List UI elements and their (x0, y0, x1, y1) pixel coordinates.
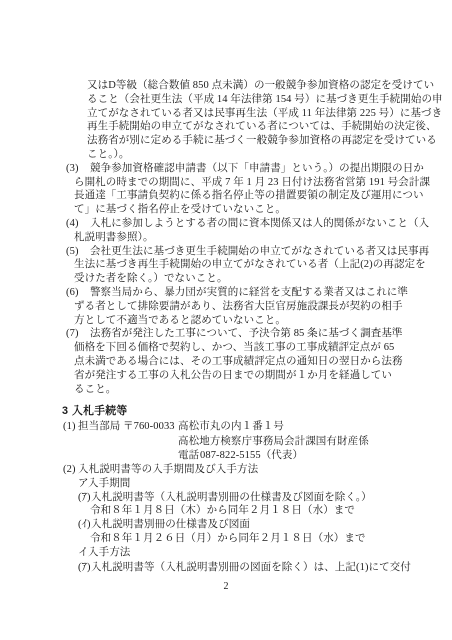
doc-text: 又はD等級（総合数値 850 点未満）の一般競争参加資格の認定を受けてい (87, 79, 434, 92)
doc-text: 電話 (178, 449, 199, 462)
doc-text: 入札説明書等（入札説明書別冊の図面を除く）は、上記(1)にて交付 (91, 561, 411, 574)
doc-text: (6) (66, 286, 79, 299)
doc-text: 入手期間 (88, 477, 130, 490)
doc-text: 高松地方検察庁事務局会計課国有財産係 (178, 435, 369, 448)
doc-text: 警察当局から、暴力団が実質的に経営を支配する業者又はこれに準 (90, 286, 408, 299)
doc-line: ア入手期間 (0, 477, 452, 490)
doc-text: 高松市丸の内１番１号 (178, 420, 284, 433)
doc-line: (ｱ)入札説明書等（入札説明書別冊の仕様書及び図面を除く。） (0, 491, 452, 504)
doc-line: 長通達「工事請負契約に係る指名停止等の措置要領の制定及び運用につい (0, 189, 452, 202)
doc-text: ること。 (74, 383, 116, 396)
doc-text: 価格を下回る価格で契約し、かつ、当該工事の工事成績評定点が 65 (74, 341, 394, 354)
doc-line: 札説明書参照）。 (0, 231, 452, 244)
doc-text: 方として不適当であると認めていないこと。 (74, 314, 286, 327)
doc-line: 令和８年１月２６日（月）から同年２月１８日（水）まで (0, 532, 452, 545)
doc-text: こと。）。 (87, 148, 130, 161)
doc-line: 価格を下回る価格で契約し、かつ、当該工事の工事成績評定点が 65 (0, 341, 452, 354)
page-number: 2 (0, 580, 452, 593)
doc-line: ること。 (0, 383, 452, 396)
doc-text: 入札説明書別冊の仕様書及び図面 (91, 518, 250, 531)
doc-line: (7)法務省が発注した工事について、予決令第 85 条に基づく調査基準 (0, 327, 452, 340)
doc-text: 点未満である場合には、その工事成績評定点の通知日の翌日から法務 (74, 355, 403, 368)
doc-line: 点未満である場合には、その工事成績評定点の通知日の翌日から法務 (0, 355, 452, 368)
section-heading-text: 入札手続等 (72, 405, 127, 418)
doc-text: 担当部局 (78, 420, 120, 433)
doc-text: ること（会社更生法（平成 14 年法律第 154 号）に基づき更生手続開始の申 (87, 93, 443, 106)
doc-text: 札説明書参照）。 (74, 231, 154, 244)
section-heading-text: 3 (62, 405, 68, 418)
doc-text: 〒760-0033 (123, 420, 175, 433)
doc-line: (6)警察当局から、暴力団が実質的に経営を支配する業者又はこれに準 (0, 286, 452, 299)
doc-text: 生法に基づき再生手続開始の申立てがなされている者（上記(2)の再認定を (74, 258, 426, 271)
doc-line: 再生手続開始の申立てがなされている者については、手続開始の決定後、 (0, 120, 452, 133)
doc-text: 入札説明書等の入手期間及び入手方法 (78, 463, 258, 476)
doc-text: 会社更生法に基づき更生手続開始の申立てがなされている者又は民事再 (90, 245, 429, 258)
doc-text: ずる者として排除要請があり、法務省大臣官房施設課長が契約の相手 (74, 300, 403, 313)
doc-text: 立てがなされている者又は民事再生法（平成 11 年法律第 225 号）に基づき (87, 107, 442, 120)
doc-line: 法務省が別に定める手続に基づく一般競争参加資格の再認定を受けている (0, 134, 452, 147)
doc-line: て」に基づく指名停止を受けていないこと。 (0, 203, 452, 216)
doc-text: て」に基づく指名停止を受けていないこと。 (74, 203, 286, 216)
document-page: 又はD等級（総合数値 850 点未満）の一般競争参加資格の認定を受けていること（… (0, 0, 452, 640)
doc-text: 令和８年１月２６日（月）から同年２月１８日（水）まで (90, 532, 366, 545)
doc-line: ら開札の時までの期間に、平成 7 年 1 月 23 日付け法務省営第 191 号… (0, 176, 452, 189)
doc-text: (1) (63, 420, 76, 433)
doc-line: (2)入札説明書等の入手期間及び入手方法 (0, 463, 452, 476)
doc-line: 電話087-822-5155（代表） (0, 449, 452, 462)
doc-line: 受けた者を除く。）でないこと。 (0, 272, 452, 285)
doc-line: (4)入札に参加しようとする者の間に資本関係又は人的関係がないこと（入 (0, 217, 452, 230)
doc-line: 生法に基づき再生手続開始の申立てがなされている者（上記(2)の再認定を (0, 258, 452, 271)
doc-text: 入手方法 (88, 546, 130, 559)
doc-line: イ入手方法 (0, 546, 452, 559)
doc-line: 立てがなされている者又は民事再生法（平成 11 年法律第 225 号）に基づき (0, 107, 452, 120)
doc-text: (3) (66, 162, 79, 175)
doc-text: 令和８年１月８日（木）から同年２月１８日（水）まで (90, 504, 355, 517)
doc-text: 法務省が別に定める手続に基づく一般競争参加資格の再認定を受けている (87, 134, 437, 147)
doc-text: 入札に参加しようとする者の間に資本関係又は人的関係がないこと（入 (90, 217, 429, 230)
doc-text: (7) (66, 327, 79, 340)
doc-text: 入札説明書等（入札説明書別冊の仕様書及び図面を除く。） (91, 491, 372, 504)
doc-text: 省が発注する工事の入札公告の日までの期間が１か月を経過してい (74, 369, 392, 382)
doc-line: 高松地方検察庁事務局会計課国有財産係 (0, 435, 452, 448)
doc-text: 受けた者を除く。）でないこと。 (74, 272, 228, 285)
doc-text: (4) (66, 217, 79, 230)
doc-text: 長通達「工事請負契約に係る指名停止等の措置要領の制定及び運用につい (74, 189, 424, 202)
doc-text: 087-822-5155（代表） (200, 449, 303, 462)
doc-text: (ｱ) (78, 491, 91, 504)
doc-line: 又はD等級（総合数値 850 点未満）の一般競争参加資格の認定を受けてい (0, 79, 452, 92)
doc-line: (5)会社更生法に基づき更生手続開始の申立てがなされている者又は民事再 (0, 245, 452, 258)
doc-text: (ｲ) (78, 518, 91, 531)
doc-line: 令和８年１月８日（木）から同年２月１８日（水）まで (0, 504, 452, 517)
doc-line: (3)競争参加資格確認申請書（以下「申請書」という。）の提出期限の日か (0, 162, 452, 175)
doc-text: ら開札の時までの期間に、平成 7 年 1 月 23 日付け法務省営第 191 号… (74, 176, 430, 189)
doc-line: ずる者として排除要請があり、法務省大臣官房施設課長が契約の相手 (0, 300, 452, 313)
doc-text: 再生手続開始の申立てがなされている者については、手続開始の決定後、 (87, 120, 437, 133)
doc-line: (ｲ)入札説明書別冊の仕様書及び図面 (0, 518, 452, 531)
doc-line: (ｱ)入札説明書等（入札説明書別冊の図面を除く）は、上記(1)にて交付 (0, 561, 452, 574)
doc-line: こと。）。 (0, 148, 452, 161)
doc-text: (ｱ) (78, 561, 91, 574)
doc-text: (5) (66, 245, 79, 258)
doc-line: 3入札手続等 (0, 405, 452, 418)
doc-line: 省が発注する工事の入札公告の日までの期間が１か月を経過してい (0, 369, 452, 382)
doc-line: 方として不適当であると認めていないこと。 (0, 314, 452, 327)
doc-line: ること（会社更生法（平成 14 年法律第 154 号）に基づき更生手続開始の申 (0, 93, 452, 106)
doc-text: 競争参加資格確認申請書（以下「申請書」という。）の提出期限の日か (90, 162, 424, 175)
doc-text: 法務省が発注した工事について、予決令第 85 条に基づく調査基準 (90, 327, 403, 340)
doc-line: (1)担当部局〒760-0033高松市丸の内１番１号 (0, 420, 452, 433)
doc-text: (2) (63, 463, 76, 476)
